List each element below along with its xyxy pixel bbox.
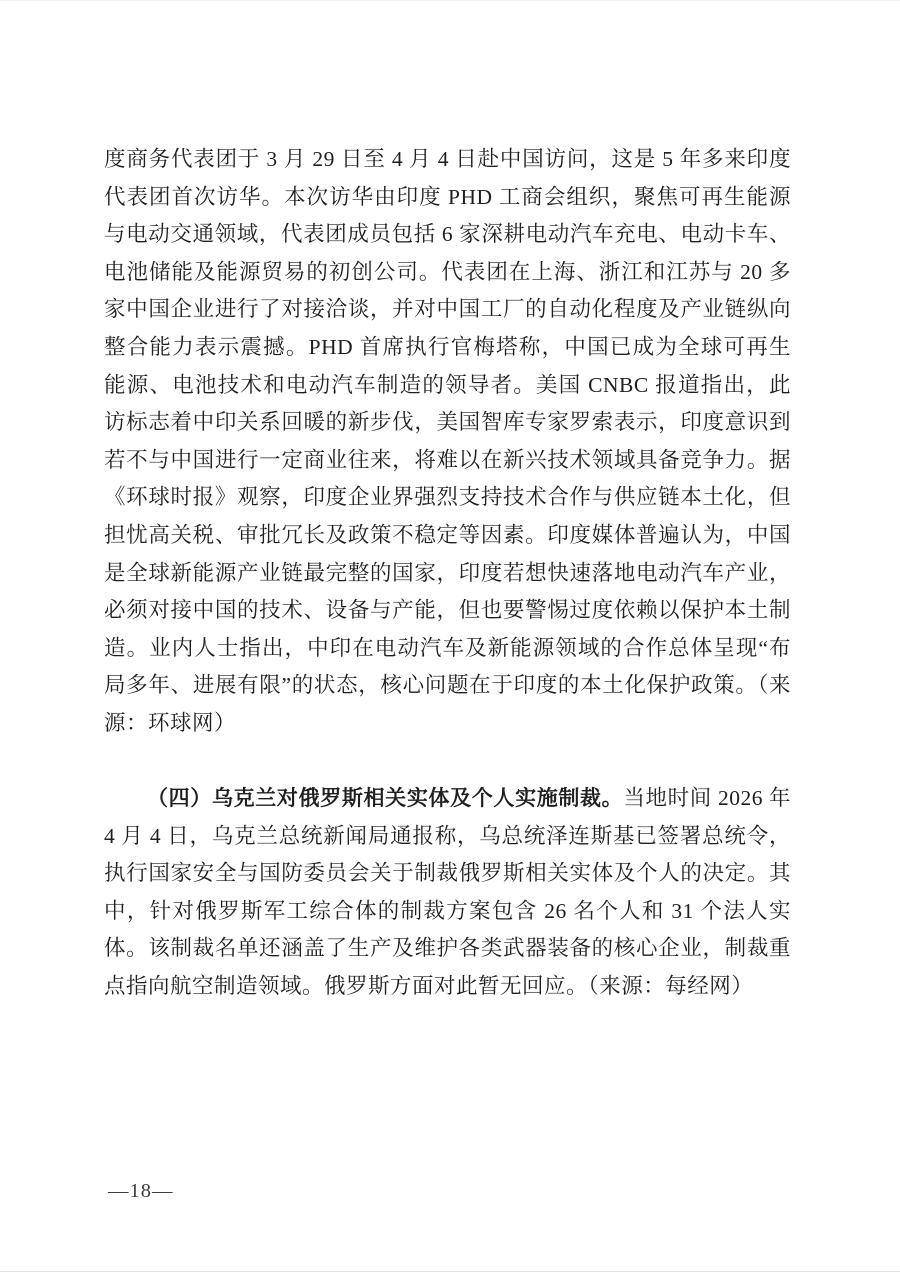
section-heading-lead: （四）乌克兰对俄罗斯相关实体及个人实施制裁。 <box>147 787 623 810</box>
page-number: —18— <box>108 1179 174 1203</box>
body-text-block: 度商务代表团于 3 月 29 日至 4 月 4 日赴中国访问，这是 5 年多来印… <box>104 141 791 1006</box>
paragraph-text: 当地时间 2026 年 4 月 4 日，乌克兰总统新闻局通报称，乌总统泽连斯基已… <box>104 786 791 998</box>
paragraph-text: 度商务代表团于 3 月 29 日至 4 月 4 日赴中国访问，这是 5 年多来印… <box>104 147 791 735</box>
paragraph-section-4-ukraine-sanctions: （四）乌克兰对俄罗斯相关实体及个人实施制裁。当地时间 2026 年 4 月 4 … <box>104 780 791 1006</box>
document-page: 度商务代表团于 3 月 29 日至 4 月 4 日赴中国访问，这是 5 年多来印… <box>0 0 900 1272</box>
paragraph-continued-india-delegation: 度商务代表团于 3 月 29 日至 4 月 4 日赴中国访问，这是 5 年多来印… <box>104 141 791 743</box>
